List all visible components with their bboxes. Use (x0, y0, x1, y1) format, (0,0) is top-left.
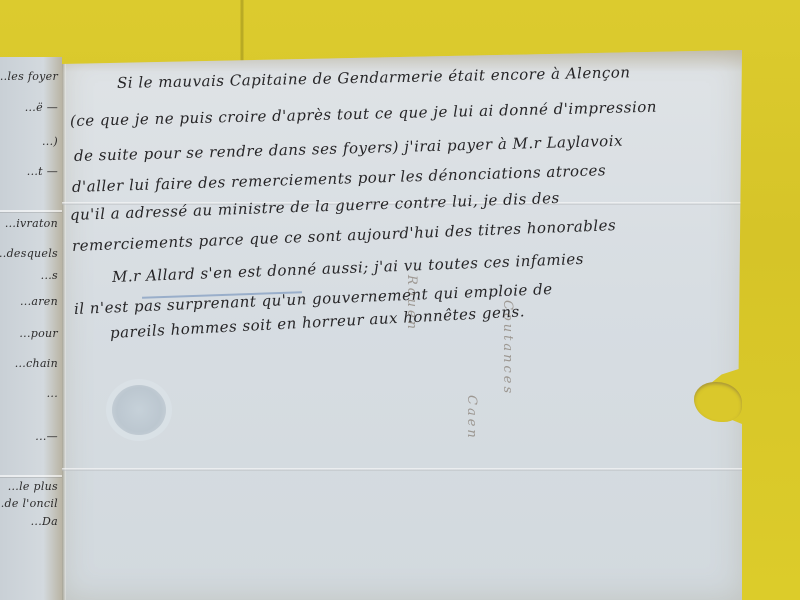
bleed-through-text: Caen (464, 395, 479, 441)
left-fragment-line: ...de l'oncil (0, 497, 58, 510)
fold-crease (0, 210, 62, 212)
left-fragment-line: ...aren (20, 295, 58, 308)
letter-line: qu'il a adressé au ministre de la guerre… (70, 189, 560, 224)
bleed-through-text: Coutances (500, 300, 515, 396)
left-fragment-line: ... (47, 387, 58, 400)
left-fragment-line: ...desquels (0, 247, 58, 260)
left-fragment-line: ...— (35, 430, 58, 443)
bleed-through-text: Rouen (404, 275, 419, 332)
fold-crease (0, 475, 62, 477)
letter-line: remerciements parce que ce sont aujourd'… (72, 216, 617, 255)
left-fragment-line: ...ivraton (5, 217, 58, 230)
letter-line: de suite pour se rendre dans ses foyers)… (74, 132, 623, 165)
left-fragment-line: ...chain (15, 357, 58, 370)
wax-seal-imprint (112, 385, 166, 435)
left-fragment-line: ...le plus (8, 480, 58, 493)
left-fragment-line: ...s (41, 269, 58, 282)
left-fragment-line: ...Da (31, 515, 58, 528)
left-fragment-line: ...) (42, 135, 58, 148)
letter-line: (ce que je ne puis croire d'après tout c… (70, 98, 657, 130)
left-fragment-line: ...ë — (25, 101, 58, 114)
left-fragment-line: ...les foyer (0, 70, 58, 83)
left-page-fragment: ...les foyer ...ë — ...) ...t — ...ivrat… (0, 57, 62, 600)
left-fragment-line: ...pour (19, 327, 58, 340)
left-fragment-line: ...t — (27, 165, 58, 178)
letter-page: Si le mauvais Capitaine de Gendarmerie é… (62, 50, 742, 600)
vertical-fold-crease (62, 50, 66, 600)
horizontal-fold-crease (62, 468, 742, 471)
